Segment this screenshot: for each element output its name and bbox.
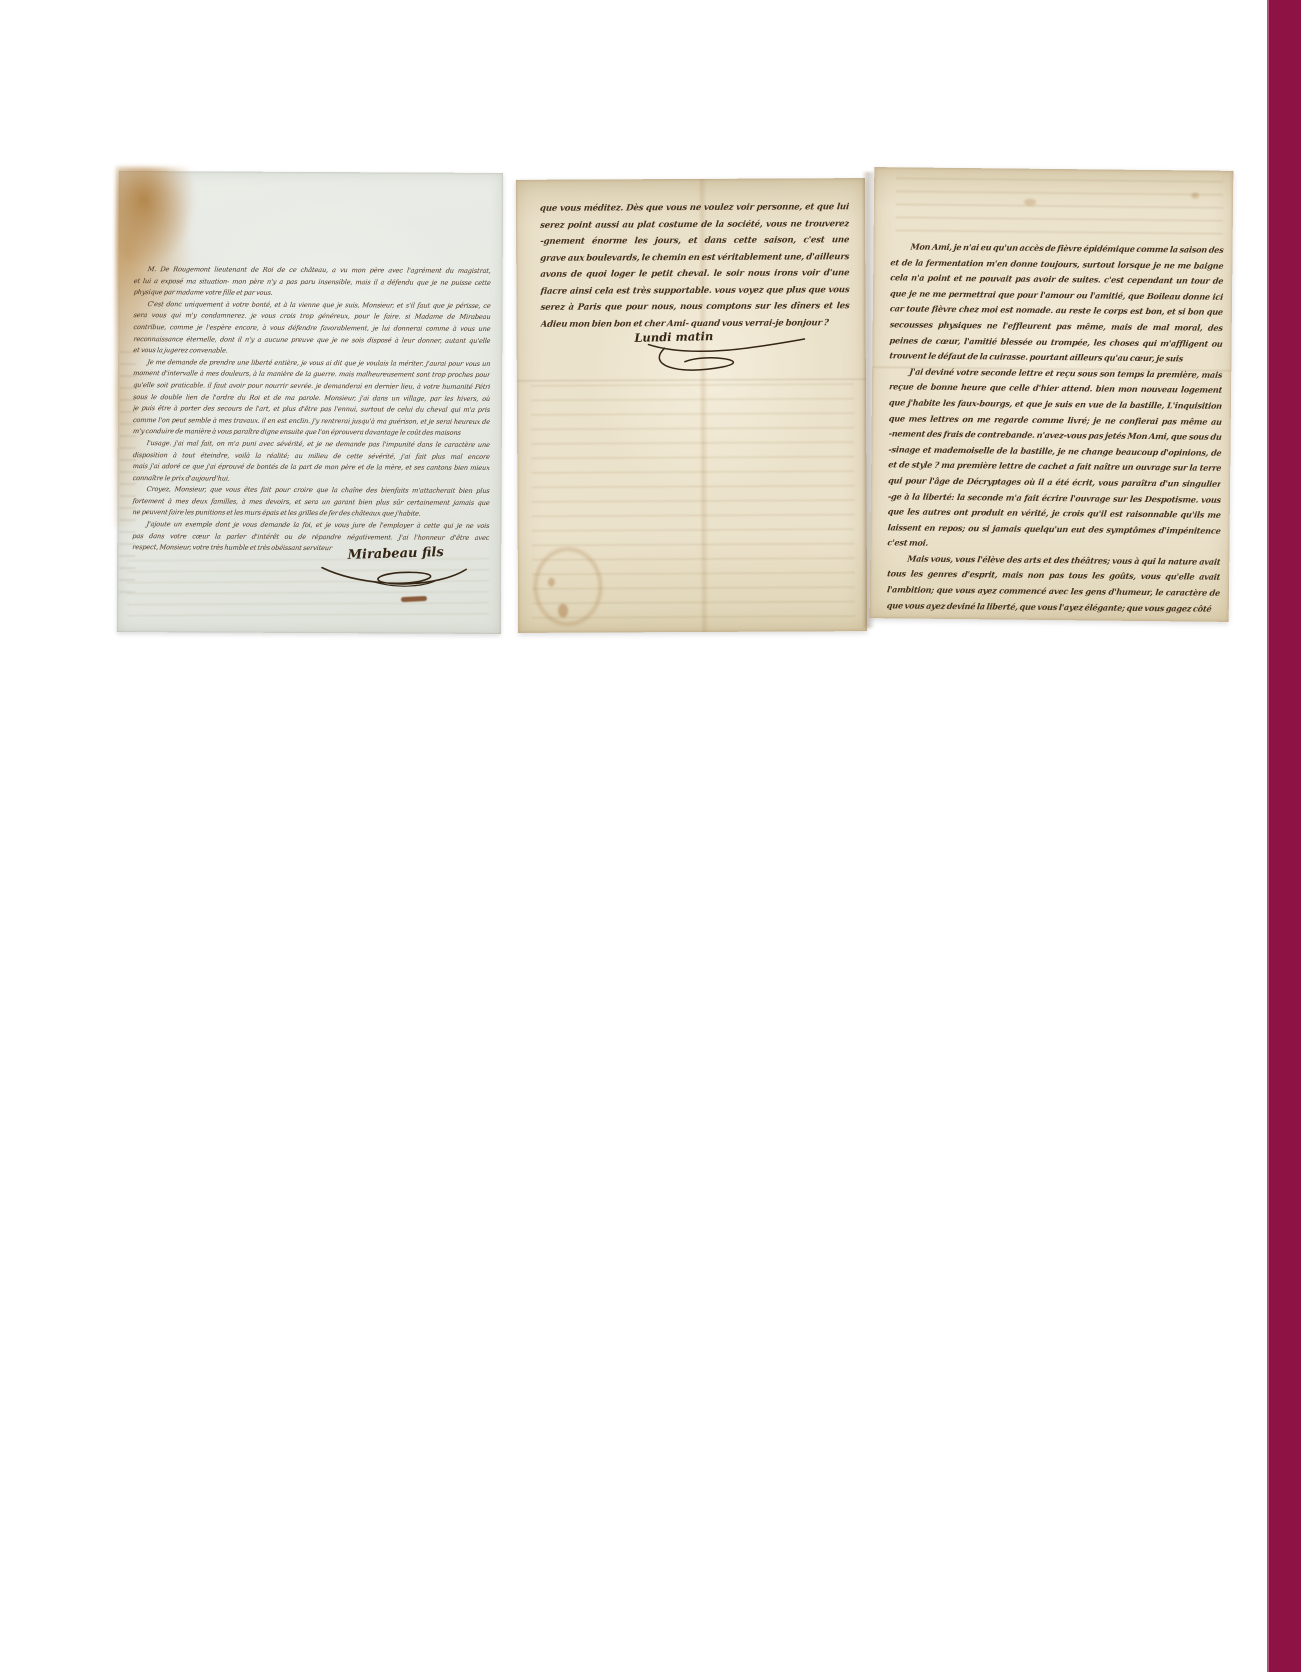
spine-accent-bar [1267, 0, 1301, 1672]
handwriting-line: serez point aussi au plat costume de la … [540, 216, 850, 234]
handwriting-line: que vous méditez. Dès que vous ne voulez… [540, 199, 850, 217]
ink-bleedthrough-top [896, 177, 1224, 236]
dateline-lundi-matin: Lundi matin [634, 327, 815, 379]
handwriting-line: avons de quoi loger le petit cheval. le … [540, 265, 850, 283]
signature-mirabeau: Mirabeau fils [310, 544, 481, 594]
ink-smudge [401, 596, 427, 602]
handwriting-line: -gnement énorme les jours, et dans cette… [540, 232, 850, 250]
dateline-text: Lundi matin [634, 329, 713, 345]
fox-spot [1024, 199, 1036, 206]
fold-crease [517, 377, 866, 383]
fox-spot [548, 578, 555, 587]
fox-spot [1191, 192, 1199, 198]
handwriting-line: que vous ayez deviné la liberté, que vou… [887, 598, 1221, 617]
handwriting-line: grave aux boulevards, le chemin en est v… [540, 249, 850, 267]
handwriting-block: Mon Ami, je n'ai eu qu'un accès de fièvr… [887, 239, 1224, 617]
catalog-page: M. De Rougemont lieutenant de Roi de ce … [0, 0, 1301, 1672]
signature-text: Mirabeau fils [347, 545, 443, 563]
manuscript-letter-left: M. De Rougemont lieutenant de Roi de ce … [117, 171, 503, 634]
manuscript-bifolium-left: que vous méditez. Dès que vous ne voulez… [516, 178, 867, 633]
manuscript-bifolium-right: Mon Ami, je n'ai eu qu'un accès de fièvr… [870, 167, 1234, 622]
handwriting-line: fiacre ainsi cela est très supportable. … [540, 282, 850, 300]
ink-bleedthrough [531, 383, 855, 619]
handwriting-block: que vous méditez. Dès que vous ne voulez… [540, 199, 850, 333]
ring-stain [534, 547, 602, 625]
handwriting-block: M. De Rougemont lieutenant de Roi de ce … [132, 264, 491, 556]
handwriting-line: serez à Paris que pour nous, nous compto… [540, 298, 850, 316]
fox-spot [558, 604, 568, 618]
